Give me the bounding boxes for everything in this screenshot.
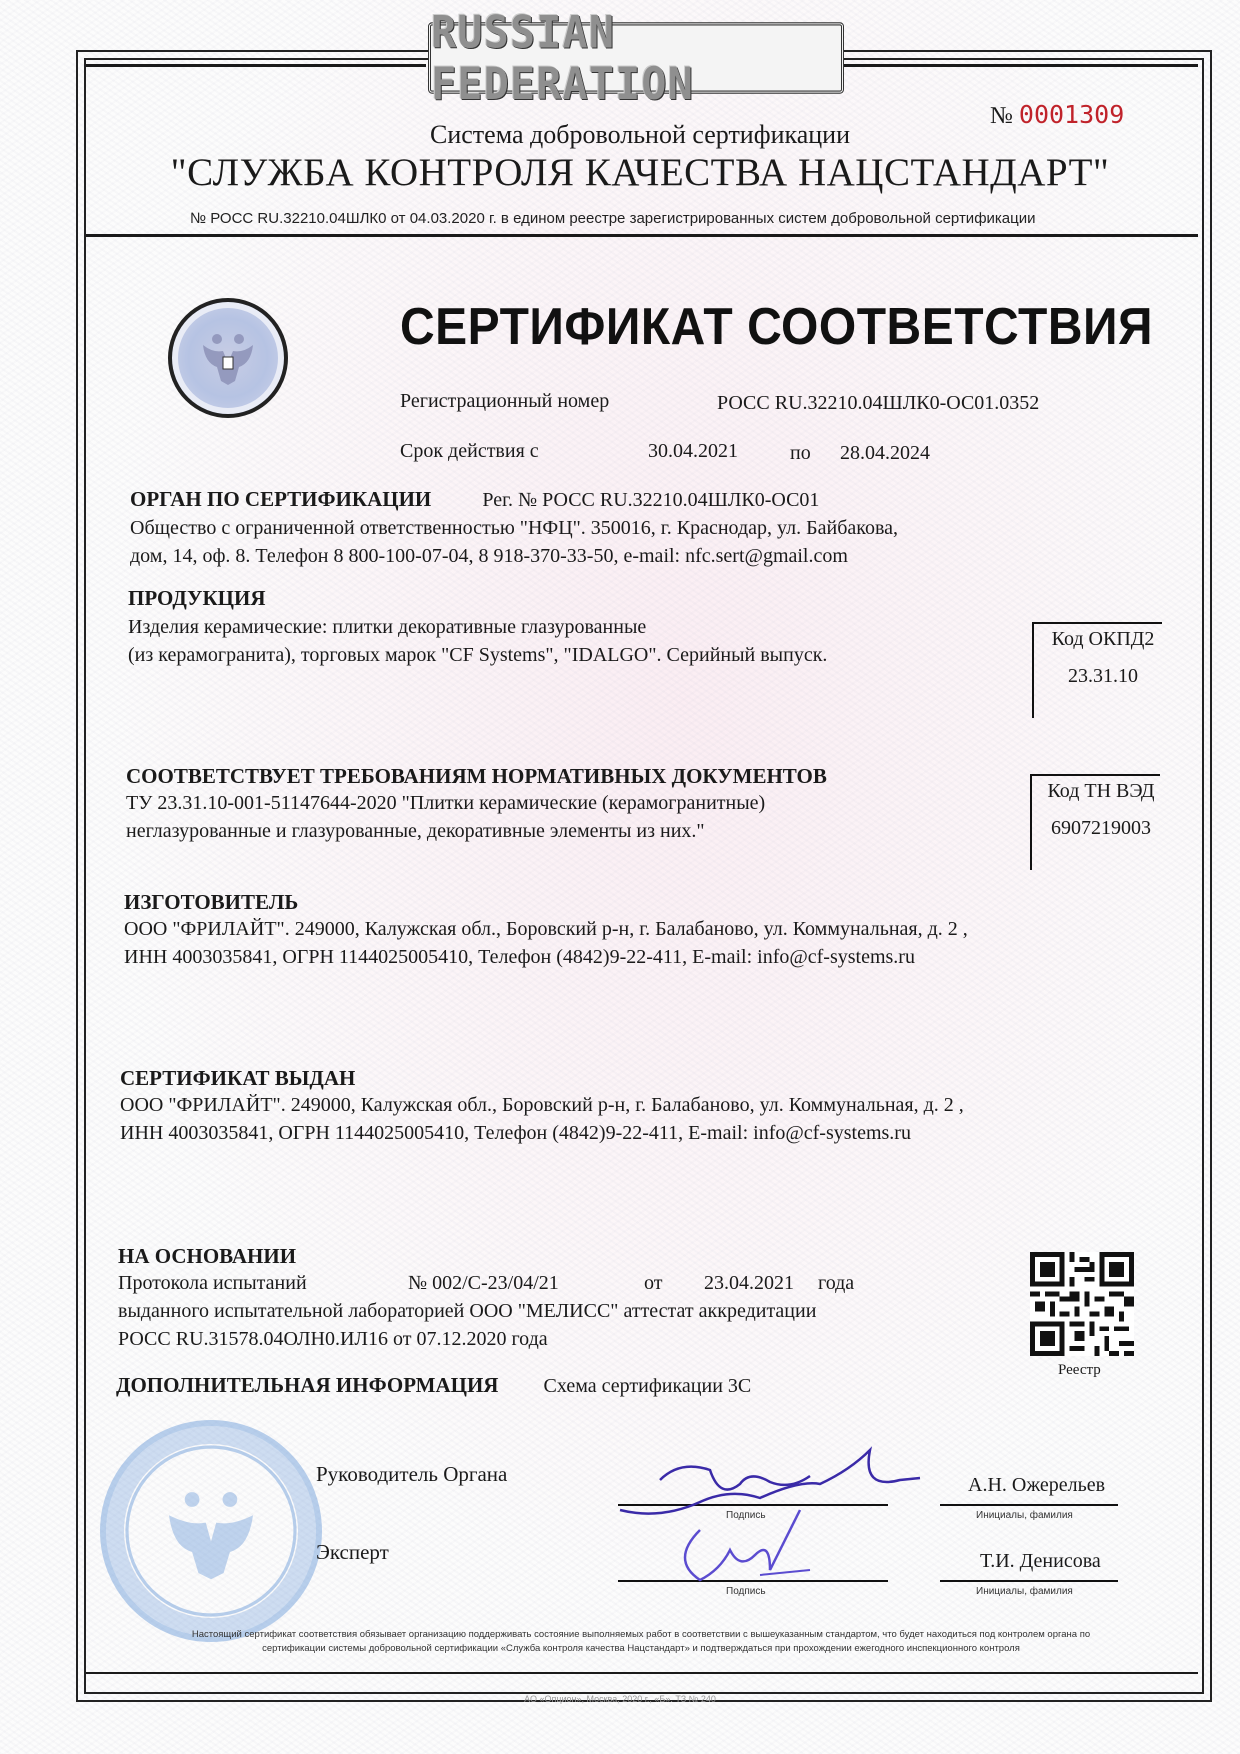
- printer-imprint: АО «Опцион», Москва, 2020 г., «Б». ТЗ № …: [0, 1694, 1240, 1704]
- tnved-code-box: Код ТН ВЭД 6907219003: [1030, 774, 1160, 870]
- section-manufacturer: ИЗГОТОВИТЕЛЬ ООО "ФРИЛАЙТ". 249000, Калу…: [124, 890, 968, 971]
- cert-body-line-2: дом, 14, оф. 8. Телефон 8 800-100-07-04,…: [130, 542, 898, 570]
- issued-to-line-2: ИНН 4003035841, ОГРН 1144025005410, Теле…: [120, 1119, 964, 1147]
- expert-signature-icon: [660, 1500, 820, 1590]
- conformity-heading: СООТВЕТСТВУЕТ ТРЕБОВАНИЯМ НОРМАТИВНЫХ ДО…: [126, 764, 827, 789]
- basis-line-2: выданного испытательной лабораторией ООО…: [118, 1297, 816, 1325]
- cert-body-reg: Рег. № РОСС RU.32210.04ШЛК0-ОС01: [482, 489, 819, 511]
- footer-note-line-1: Настоящий сертификат соответствия обязыв…: [96, 1628, 1186, 1642]
- product-line-2: (из керамогранита), торговых марок "CF S…: [128, 641, 827, 669]
- protocol-year-label: года: [818, 1269, 854, 1297]
- protocol-label: Протокола испытаний: [118, 1269, 307, 1297]
- system-registry-line: № РОСС RU.32210.04ШЛК0 от 04.03.2020 г. …: [190, 210, 1036, 227]
- emblem-seal: [168, 298, 288, 418]
- conformity-line-1: ТУ 23.31.10-001-51147644-2020 "Плитки ке…: [126, 789, 827, 817]
- system-name: "СЛУЖБА КОНТРОЛЯ КАЧЕСТВА НАЦСТАНДАРТ": [0, 150, 1240, 195]
- issued-to-heading: СЕРТИФИКАТ ВЫДАН: [120, 1066, 964, 1091]
- official-stamp: [100, 1420, 322, 1642]
- product-heading: ПРОДУКЦИЯ: [128, 586, 827, 611]
- conformity-line-2: неглазурованные и глазурованные, декорат…: [126, 817, 827, 845]
- validity-to-label: по: [790, 442, 811, 465]
- section-cert-body: ОРГАН ПО СЕРТИФИКАЦИИ Рег. № РОСС RU.322…: [130, 486, 898, 570]
- section-product: ПРОДУКЦИЯ Изделия керамические: плитки д…: [128, 586, 827, 669]
- qr-caption: Реестр: [1058, 1362, 1101, 1379]
- tnved-label: Код ТН ВЭД: [1042, 780, 1160, 803]
- certificate-title: СЕРТИФИКАТ СООТВЕТСТВИЯ: [400, 298, 1153, 357]
- head-name: А.Н. Ожерельев: [968, 1474, 1105, 1497]
- valid-from: 30.04.2021: [648, 440, 738, 463]
- head-label: Руководитель Органа: [316, 1462, 507, 1487]
- expert-name-caption: Инициалы, фамилия: [976, 1586, 1073, 1597]
- double-headed-eagle-icon: [193, 323, 263, 393]
- additional-heading: ДОПОЛНИТЕЛЬНАЯ ИНФОРМАЦИЯ: [116, 1373, 498, 1397]
- protocol-date: 23.04.2021: [704, 1269, 794, 1297]
- okpd2-value: 23.31.10: [1044, 665, 1162, 688]
- cert-body-heading: ОРГАН ПО СЕРТИФИКАЦИИ: [130, 487, 431, 511]
- section-basis: НА ОСНОВАНИИ Протокола испытаний № 002/С…: [118, 1244, 816, 1353]
- basis-protocol-row: Протокола испытаний № 002/С-23/04/21 от …: [118, 1269, 816, 1297]
- footer-note-line-2: сертификации системы добровольной сертиф…: [96, 1642, 1186, 1656]
- okpd2-label: Код ОКПД2: [1044, 628, 1162, 651]
- expert-name-line: [940, 1580, 1118, 1582]
- product-line-1: Изделия керамические: плитки декоративны…: [128, 613, 827, 641]
- section-additional: ДОПОЛНИТЕЛЬНАЯ ИНФОРМАЦИЯ Схема сертифик…: [116, 1372, 751, 1400]
- footer-divider: [86, 1672, 1198, 1674]
- qr-code-icon[interactable]: [1030, 1252, 1134, 1356]
- expert-label: Эксперт: [316, 1540, 389, 1565]
- russian-federation-banner: RUSSIAN FEDERATION: [428, 22, 844, 93]
- section-issued-to: СЕРТИФИКАТ ВЫДАН ООО "ФРИЛАЙТ". 249000, …: [120, 1066, 964, 1147]
- system-subtitle: Система добровольной сертификации: [0, 120, 1240, 150]
- reg-number-value: РОСС RU.32210.04ШЛК0-ОС01.0352: [717, 392, 1039, 415]
- header-divider: [86, 234, 1198, 237]
- head-name-caption: Инициалы, фамилия: [976, 1510, 1073, 1521]
- protocol-number: № 002/С-23/04/21: [408, 1269, 559, 1297]
- header-rule-left: [86, 64, 426, 67]
- stamp-eagle-icon: [106, 1426, 316, 1636]
- basis-line-3: РОСС RU.31578.04ОЛН0.ИЛ16 от 07.12.2020 …: [118, 1325, 816, 1353]
- footer-note: Настоящий сертификат соответствия обязыв…: [96, 1628, 1186, 1656]
- cert-body-line-1: Общество с ограниченной ответственностью…: [130, 514, 898, 542]
- additional-value: Схема сертификации 3С: [544, 1375, 752, 1397]
- head-name-line: [940, 1504, 1118, 1506]
- section-conformity: СООТВЕТСТВУЕТ ТРЕБОВАНИЯМ НОРМАТИВНЫХ ДО…: [126, 764, 827, 845]
- manufacturer-heading: ИЗГОТОВИТЕЛЬ: [124, 890, 968, 915]
- basis-heading: НА ОСНОВАНИИ: [118, 1244, 816, 1269]
- expert-name: Т.И. Денисова: [980, 1550, 1101, 1573]
- reg-number-label: Регистрационный номер: [400, 390, 609, 413]
- manufacturer-line-2: ИНН 4003035841, ОГРН 1144025005410, Теле…: [124, 943, 968, 971]
- tnved-value: 6907219003: [1042, 817, 1160, 840]
- header-rule-right: [840, 64, 1198, 67]
- valid-to: 28.04.2024: [840, 442, 930, 465]
- okpd2-code-box: Код ОКПД2 23.31.10: [1032, 622, 1162, 718]
- validity-label: Срок действия с: [400, 440, 539, 463]
- issued-to-line-1: ООО "ФРИЛАЙТ". 249000, Калужская обл., Б…: [120, 1091, 964, 1119]
- protocol-from-label: от: [644, 1269, 662, 1297]
- manufacturer-line-1: ООО "ФРИЛАЙТ". 249000, Калужская обл., Б…: [124, 915, 968, 943]
